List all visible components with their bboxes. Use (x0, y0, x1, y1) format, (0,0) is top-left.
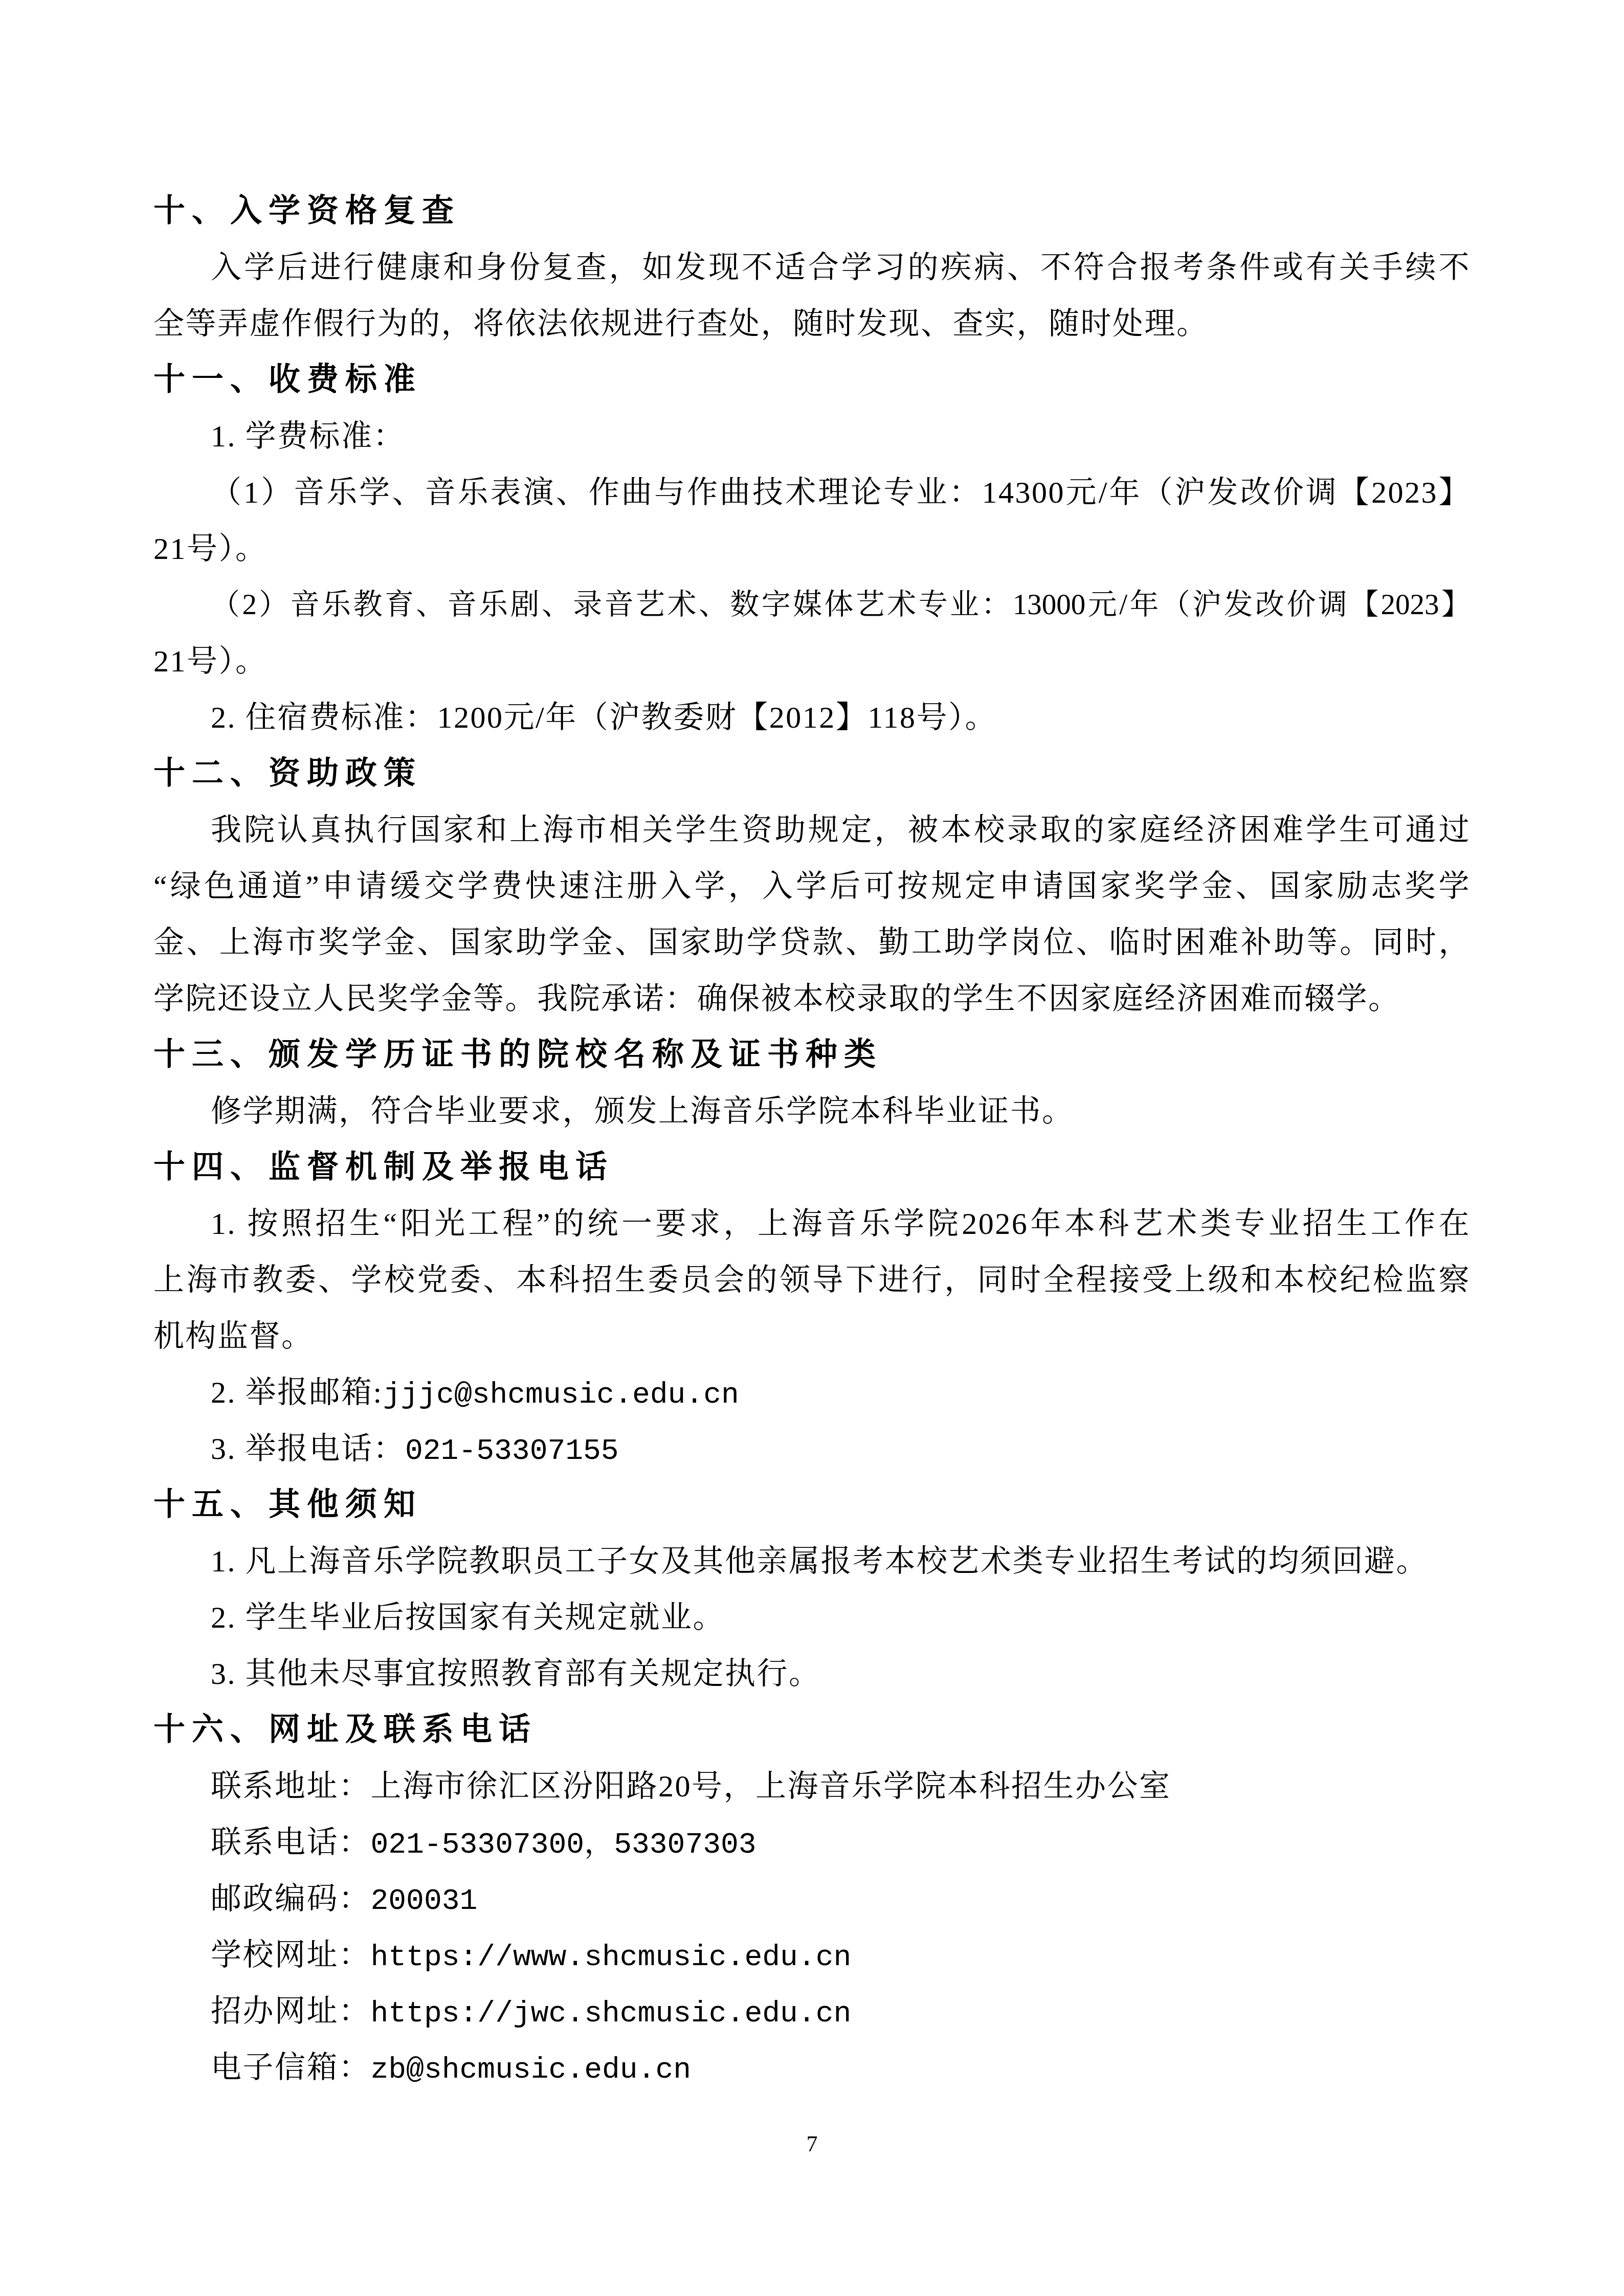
postal-code-label: 邮政编码： (211, 1882, 371, 1916)
email-label: 电子信箱： (211, 2051, 371, 2084)
postal-code-value: 200031 (371, 1885, 478, 1918)
fee-line-continuation: 21号）。 (153, 633, 1471, 689)
section-heading: 十、入学资格复查 (153, 183, 1471, 239)
contact-phone-line: 联系电话：021-53307300，53307303 (153, 1814, 1471, 1871)
fee-line-music-education: （2）音乐教育、音乐剧、录音艺术、数字媒体艺术专业：13000元/年（沪发改价调… (153, 577, 1471, 633)
section-heading: 十三、颁发学历证书的院校名称及证书种类 (153, 1027, 1471, 1083)
paragraph-line: 修学期满，符合毕业要求，颁发上海音乐学院本科毕业证书。 (153, 1083, 1471, 1139)
paragraph-line: 金、上海市奖学金、国家助学金、国家助学贷款、勤工助学岗位、临时困难补助等。同时， (153, 914, 1471, 971)
paragraph-line: 我院认真执行国家和上海市相关学生资助规定，被本校录取的家庭经济困难学生可通过 (153, 802, 1471, 858)
paragraph-line: 上海市教委、学校党委、本科招生委员会的领导下进行，同时全程接受上级和本校纪检监察 (153, 1252, 1471, 1308)
school-website-url: https://www.shcmusic.edu.cn (371, 1941, 852, 1974)
section-heading: 十五、其他须知 (153, 1477, 1471, 1533)
email-value: zb@shcmusic.edu.cn (371, 2054, 692, 2087)
fee-line-continuation: 21号）。 (153, 521, 1471, 577)
list-item: 3. 其他未尽事宜按照教育部有关规定执行。 (153, 1646, 1471, 1702)
report-email-value: jjjc@shcmusic.edu.cn (383, 1379, 739, 1412)
section-other-notes: 十五、其他须知 1. 凡上海音乐学院教职员工子女及其他亲属报考本校艺术类专业招生… (153, 1477, 1471, 1702)
section-financial-aid: 十二、资助政策 我院认真执行国家和上海市相关学生资助规定，被本校录取的家庭经济困… (153, 746, 1471, 1027)
section-heading: 十二、资助政策 (153, 746, 1471, 802)
report-phone-label: 3. 举报电话： (211, 1432, 405, 1466)
paragraph-line: 入学后进行健康和身份复查，如发现不适合学习的疾病、不符合报考条件或有关手续不 (153, 239, 1471, 296)
paragraph-line: 全等弄虚作假行为的，将依法依规进行查处，随时发现、查实，随时处理。 (153, 296, 1471, 352)
contact-address-line: 联系地址：上海市徐汇区汾阳路20号，上海音乐学院本科招生办公室 (153, 1758, 1471, 1814)
report-phone-value: 021-53307155 (405, 1435, 619, 1468)
section-supervision: 十四、监督机制及举报电话 1. 按照招生“阳光工程”的统一要求，上海音乐学院20… (153, 1139, 1471, 1477)
section-heading: 十六、网址及联系电话 (153, 1702, 1471, 1758)
section-enrollment-recheck: 十、入学资格复查 入学后进行健康和身份复查，如发现不适合学习的疾病、不符合报考条… (153, 183, 1471, 352)
fee-line-music-theory: （1）音乐学、音乐表演、作曲与作曲技术理论专业：14300元/年（沪发改价调【2… (153, 464, 1471, 521)
section-heading: 十四、监督机制及举报电话 (153, 1139, 1471, 1196)
section-contact: 十六、网址及联系电话 联系地址：上海市徐汇区汾阳路20号，上海音乐学院本科招生办… (153, 1702, 1471, 2096)
email-line: 电子信箱：zb@shcmusic.edu.cn (153, 2039, 1471, 2096)
school-website-label: 学校网址： (211, 1938, 371, 1972)
postal-code-line: 邮政编码：200031 (153, 1871, 1471, 1927)
report-email-line: 2. 举报邮箱:jjjc@shcmusic.edu.cn (153, 1364, 1471, 1421)
contact-phone-value: 021-53307300，53307303 (371, 1829, 757, 1862)
section-fees: 十一、收费标准 1. 学费标准： （1）音乐学、音乐表演、作曲与作曲技术理论专业… (153, 352, 1471, 746)
list-item: 1. 学费标准： (153, 408, 1471, 464)
page-number: 7 (0, 2129, 1624, 2159)
section-diploma: 十三、颁发学历证书的院校名称及证书种类 修学期满，符合毕业要求，颁发上海音乐学院… (153, 1027, 1471, 1139)
paragraph-line: 机构监督。 (153, 1308, 1471, 1364)
accommodation-fee-line: 2. 住宿费标准：1200元/年（沪教委财【2012】118号）。 (153, 689, 1471, 746)
section-heading: 十一、收费标准 (153, 352, 1471, 408)
list-item: 2. 学生毕业后按国家有关规定就业。 (153, 1589, 1471, 1646)
list-item: 1. 凡上海音乐学院教职员工子女及其他亲属报考本校艺术类专业招生考试的均须回避。 (153, 1533, 1471, 1589)
paragraph-line: “绿色通道”申请缓交学费快速注册入学，入学后可按规定申请国家奖学金、国家励志奖学 (153, 858, 1471, 914)
paragraph-line: 学院还设立人民奖学金等。我院承诺：确保被本校录取的学生不因家庭经济困难而辍学。 (153, 971, 1471, 1027)
school-website-line: 学校网址：https://www.shcmusic.edu.cn (153, 1927, 1471, 1983)
report-phone-line: 3. 举报电话：021-53307155 (153, 1421, 1471, 1477)
admissions-website-url: https://jwc.shcmusic.edu.cn (371, 1997, 852, 2031)
contact-phone-label: 联系电话： (211, 1826, 371, 1859)
admissions-website-label: 招办网址： (211, 1994, 371, 2028)
document-page: 十、入学资格复查 入学后进行健康和身份复查，如发现不适合学习的疾病、不符合报考条… (0, 0, 1624, 2296)
report-email-label: 2. 举报邮箱: (211, 1376, 383, 1409)
paragraph-line: 1. 按照招生“阳光工程”的统一要求，上海音乐学院2026年本科艺术类专业招生工… (153, 1196, 1471, 1252)
admissions-website-line: 招办网址：https://jwc.shcmusic.edu.cn (153, 1983, 1471, 2039)
